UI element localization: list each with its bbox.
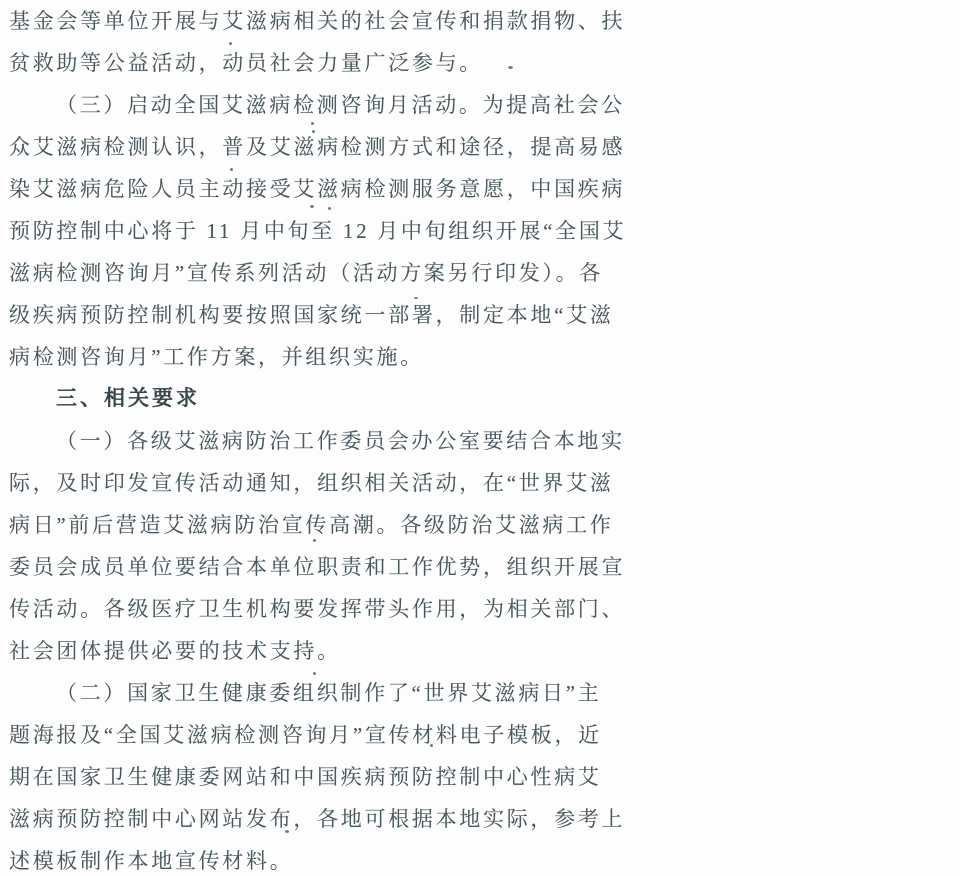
text-line: 病日”前后营造艾滋病防治宣传高潮。各级防治艾滋病工作 — [9, 504, 599, 546]
scan-speck-artifact — [559, 104, 563, 107]
text-line: 贫救助等公益活动，动员社会力量广泛参与。 — [9, 42, 599, 84]
text-line: （一）各级艾滋病防治工作委员会办公室要结合本地实 — [9, 420, 599, 462]
section-heading: 三、相关要求 — [9, 378, 599, 420]
text-line: 委员会成员单位要结合本单位职责和工作优势，组织开展宣 — [9, 546, 599, 588]
text-line: 基金会等单位开展与艾滋病相关的社会宣传和捐款捐物、扶 — [9, 0, 599, 42]
document-text-column: 基金会等单位开展与艾滋病相关的社会宣传和捐款捐物、扶贫救助等公益活动，动员社会力… — [9, 0, 599, 876]
scan-speck-artifact — [313, 539, 316, 542]
text-line: （二）国家卫生健康委组织制作了“世界艾滋病日”主 — [9, 672, 599, 714]
text-line: 述模板制作本地宣传材料。 — [9, 840, 599, 876]
text-line: 级疾病预防控制机构要按照国家统一部署，制定本地“艾滋 — [9, 294, 599, 336]
scan-speck-artifact — [313, 672, 316, 675]
text-line: 滋病检测咨询月”宣传系列活动（活动方案另行印发）。各 — [9, 252, 599, 294]
scan-speck-artifact — [508, 66, 513, 69]
text-line: 染艾滋病危险人员主动接受艾滋病检测服务意愿，中国疾病 — [9, 168, 599, 210]
text-line: 病检测咨询月”工作方案，并组织实施。 — [9, 336, 599, 378]
text-line: 众艾滋病检测认识，普及艾滋病检测方式和途径，提高易感 — [9, 126, 599, 168]
scan-speck-artifact — [558, 22, 561, 26]
text-line: 题海报及“全国艾滋病检测咨询月”宣传材料电子模板，近 — [9, 714, 599, 756]
scan-speck-artifact — [285, 830, 289, 833]
scan-speck-artifact — [430, 744, 433, 747]
text-line: 传活动。各级医疗卫生机构要发挥带头作用，为相关部门、 — [9, 588, 599, 630]
scan-speck-artifact — [229, 42, 232, 45]
scan-speck-artifact — [310, 205, 314, 208]
scan-speck-artifact — [312, 130, 315, 133]
scan-speck-artifact — [328, 207, 331, 210]
text-line: 滋病预防控制中心网站发布，各地可根据本地实际，参考上 — [9, 798, 599, 840]
text-line: 际，及时印发宣传活动通知，组织相关活动，在“世界艾滋 — [9, 462, 599, 504]
scan-speck-artifact — [414, 297, 418, 299]
text-line: 预防控制中心将于 11 月中旬至 12 月中旬组织开展“全国艾 — [9, 210, 599, 252]
text-line: （三）启动全国艾滋病检测咨询月活动。为提高社会公 — [9, 84, 599, 126]
scan-speck-artifact — [311, 122, 314, 125]
scan-speck-artifact — [230, 168, 233, 171]
text-line: 期在国家卫生健康委网站和中国疾病预防控制中心性病艾 — [9, 756, 599, 798]
document-page: 基金会等单位开展与艾滋病相关的社会宣传和捐款捐物、扶贫救助等公益活动，动员社会力… — [0, 0, 960, 876]
text-line: 社会团体提供必要的技术支持。 — [9, 630, 599, 672]
